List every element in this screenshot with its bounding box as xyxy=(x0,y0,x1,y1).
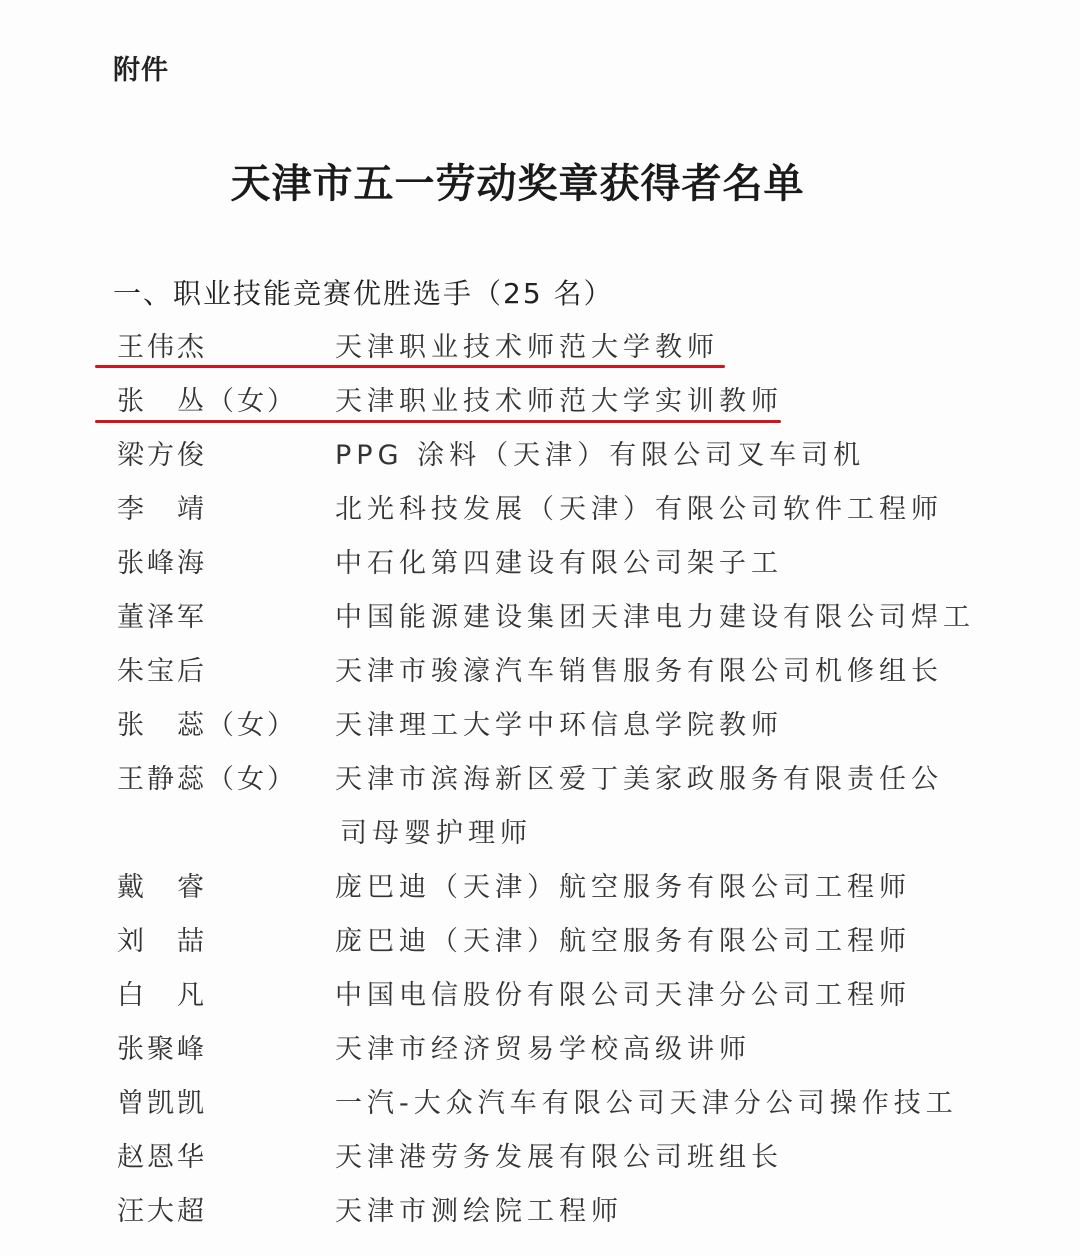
awardee-name: 梁方俊 xyxy=(117,436,207,476)
awardee-org: 天津职业技术师范大学教师 xyxy=(335,328,719,368)
list-item: 戴 睿 庞巴迪（天津）航空服务有限公司工程师 xyxy=(0,868,1080,922)
awardee-org: 天津职业技术师范大学实训教师 xyxy=(335,382,783,422)
awardee-name: 王伟杰 xyxy=(117,328,207,368)
awardee-org: 庞巴迪（天津）航空服务有限公司工程师 xyxy=(335,868,911,908)
list-item: 赵恩华 天津港劳务发展有限公司班组长 xyxy=(0,1138,1080,1192)
awardee-name: 白 凡 xyxy=(117,976,207,1016)
awardee-org: 天津市滨海新区爱丁美家政服务有限责任公 xyxy=(335,760,943,800)
attachment-label: 附件 xyxy=(113,48,169,87)
awardee-name: 汪大超 xyxy=(117,1192,207,1232)
awardee-name: 董泽军 xyxy=(117,598,207,638)
awardee-org: 中石化第四建设有限公司架子工 xyxy=(335,544,783,584)
awardee-org: PPG 涂料（天津）有限公司叉车司机 xyxy=(335,436,865,476)
list-item: 刘 喆 庞巴迪（天津）航空服务有限公司工程师 xyxy=(0,922,1080,976)
list-item: 梁方俊 PPG 涂料（天津）有限公司叉车司机 xyxy=(0,436,1080,490)
section-heading: 一、职业技能竞赛优胜选手（25 名） xyxy=(113,272,614,312)
page-title: 天津市五一劳动奖章获得者名单 xyxy=(0,152,1035,209)
awardee-org: 庞巴迪（天津）航空服务有限公司工程师 xyxy=(335,922,911,962)
awardee-name: 刘 喆 xyxy=(117,922,207,962)
awardee-name: 张 丛（女） xyxy=(117,382,297,422)
awardee-name: 李 靖 xyxy=(117,490,207,530)
highlight-underline xyxy=(95,420,781,423)
awardee-name: 戴 睿 xyxy=(117,868,207,908)
document-page: 附件 天津市五一劳动奖章获得者名单 一、职业技能竞赛优胜选手（25 名） 王伟杰… xyxy=(0,0,1080,1256)
awardee-name: 张峰海 xyxy=(117,544,207,584)
awardee-org: 一汽-大众汽车有限公司天津分公司操作技工 xyxy=(335,1084,958,1124)
awardee-org: 天津市骏濠汽车销售服务有限公司机修组长 xyxy=(335,652,943,692)
highlight-underline xyxy=(95,365,725,368)
list-item: 张聚峰 天津市经济贸易学校高级讲师 xyxy=(0,1030,1080,1084)
awardee-name: 王静蕊（女） xyxy=(117,760,297,800)
list-item: 王伟杰 天津职业技术师范大学教师 xyxy=(0,328,1080,382)
list-item: 张 蕊（女） 天津理工大学中环信息学院教师 xyxy=(0,706,1080,760)
awardee-org: 北光科技发展（天津）有限公司软件工程师 xyxy=(335,490,943,530)
awardee-org-continued: 司母婴护理师 xyxy=(340,814,532,854)
awardee-org: 天津港劳务发展有限公司班组长 xyxy=(335,1138,783,1178)
list-item: 董泽军 中国能源建设集团天津电力建设有限公司焊工 xyxy=(0,598,1080,652)
list-item: 汪大超 天津市测绘院工程师 xyxy=(0,1192,1080,1246)
list-item: 张峰海 中石化第四建设有限公司架子工 xyxy=(0,544,1080,598)
list-item: 张 丛（女） 天津职业技术师范大学实训教师 xyxy=(0,382,1080,436)
awardee-org: 天津市测绘院工程师 xyxy=(335,1192,623,1232)
awardee-org: 天津市经济贸易学校高级讲师 xyxy=(335,1030,751,1070)
awardee-name: 张 蕊（女） xyxy=(117,706,297,746)
awardee-name: 张聚峰 xyxy=(117,1030,207,1070)
list-item: 王静蕊（女） 天津市滨海新区爱丁美家政服务有限责任公 司母婴护理师 xyxy=(0,760,1080,868)
awardee-org: 中国能源建设集团天津电力建设有限公司焊工 xyxy=(335,598,975,638)
list-item: 白 凡 中国电信股份有限公司天津分公司工程师 xyxy=(0,976,1080,1030)
awardee-org: 中国电信股份有限公司天津分公司工程师 xyxy=(335,976,911,1016)
awardee-name: 朱宝后 xyxy=(117,652,207,692)
awardee-name: 赵恩华 xyxy=(117,1138,207,1178)
list-item: 朱宝后 天津市骏濠汽车销售服务有限公司机修组长 xyxy=(0,652,1080,706)
awardee-org: 天津理工大学中环信息学院教师 xyxy=(335,706,783,746)
awardee-name: 曾凯凯 xyxy=(117,1084,207,1124)
list-item: 曾凯凯 一汽-大众汽车有限公司天津分公司操作技工 xyxy=(0,1084,1080,1138)
list-item: 李 靖 北光科技发展（天津）有限公司软件工程师 xyxy=(0,490,1080,544)
